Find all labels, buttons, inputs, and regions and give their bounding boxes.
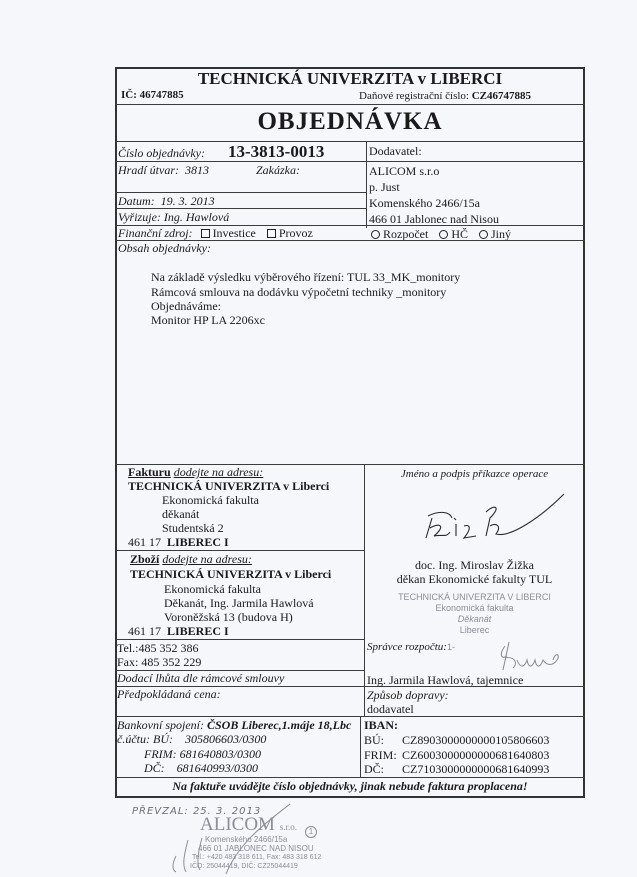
divider: [115, 161, 366, 162]
divider: [115, 104, 585, 105]
signature-hawlova-icon: [495, 640, 575, 675]
radio-hc[interactable]: [439, 230, 448, 239]
option-label: Investice: [213, 226, 256, 240]
goods-line: Děkanát, Ing. Jarmila Hawlová: [164, 596, 314, 610]
divider: [115, 192, 366, 193]
invoice-city: 461 17 LIBEREC I: [128, 535, 229, 549]
supplier-line: ALICOM s.r.o: [369, 164, 439, 178]
document-title: OBJEDNÁVKA: [115, 107, 585, 137]
signatory-name: doc. Ing. Miroslav Žižka: [364, 558, 585, 572]
receipt-signature-icon: [140, 800, 320, 877]
signatory-title: děkan Ekonomické fakulty TUL: [364, 572, 585, 586]
content-line: Na základě výsledku výběrového řízení: T…: [151, 270, 460, 284]
stamp-line: TECHNICKÁ UNIVERZITA V LIBERCI: [364, 592, 585, 603]
bank-account-row: FRIM: 681640803/0300: [144, 747, 261, 761]
bank-account-row: č.účtu: BÚ: 305806603/0300: [117, 732, 266, 746]
invoice-line: Studentská 2: [162, 521, 224, 535]
supplier-line: Komenského 2466/15a: [369, 196, 480, 210]
supplier-line: p. Just: [369, 180, 400, 194]
content-line: Objednáváme:: [151, 299, 221, 313]
footer-note: Na faktuře uvádějte číslo objednávky, ji…: [115, 779, 585, 793]
radio-rozpocet[interactable]: [371, 230, 380, 239]
iban-label: IBAN:: [364, 718, 398, 732]
invoice-line: Ekonomická fakulta: [162, 493, 259, 507]
order-number-value: 13-3813-0013: [228, 142, 324, 161]
option-label: Rozpočet: [383, 227, 428, 241]
transport-value: dodavatel: [367, 702, 414, 716]
option-label: Provoz: [279, 226, 313, 240]
contract-label: Zakázka:: [256, 163, 300, 177]
stamp-line: Ekonomická fakulta: [364, 603, 585, 614]
telephone: Tel.:485 352 386: [117, 641, 199, 655]
goods-org: TECHNICKÁ UNIVERZITA v Liberci: [130, 567, 331, 581]
option-label: Jiný: [491, 227, 511, 241]
registered-mark-icon: 1: [305, 826, 317, 838]
goods-address-label: Zboží dodejte na adresu:: [130, 552, 252, 566]
goods-line: Ekonomická fakulta: [164, 582, 261, 596]
tax-id-label: Daňové registrační číslo:: [359, 90, 469, 102]
radio-jiny[interactable]: [479, 230, 488, 239]
company-id: IČ: 46747885: [121, 88, 184, 102]
bank-account-row: DČ: 681640993/0300: [144, 761, 258, 775]
goods-city: 461 17 LIBEREC I: [128, 624, 229, 638]
divider: [366, 161, 585, 162]
divider: [115, 141, 585, 142]
budget-options-row: Rozpočet HČ Jiný: [369, 227, 511, 241]
iban-row: FRIM:CZ6003000000000681640803: [364, 748, 549, 762]
checkbox-investice[interactable]: [201, 229, 210, 238]
stamp-line: Liberec: [364, 625, 585, 636]
delivery-term: Dodací lhůta dle rámcové smlouvy: [117, 671, 284, 685]
divider: [115, 550, 364, 551]
bank-connection: Bankovní spojení: ČSOB Liberec,1.máje 18…: [117, 718, 351, 732]
order-number-label: Číslo objednávky:: [118, 146, 205, 160]
date: Datum: 19. 3. 2013: [118, 194, 215, 208]
tax-id-value: CZ46747885: [472, 90, 531, 102]
tax-id: Daňové registrační číslo: CZ46747885: [359, 89, 531, 103]
content-line: Rámcová smlouva na dodávku výpočetní tec…: [151, 285, 446, 299]
paying-unit: Hradí útvar: 3813: [118, 163, 209, 177]
divider: [360, 716, 361, 777]
iban-row: BÚ:CZ8903000000000105806603: [364, 733, 549, 747]
divider: [115, 777, 585, 778]
divider: [115, 639, 364, 640]
divider: [115, 208, 366, 209]
signature-zizka-icon: [420, 488, 570, 548]
transport-label: Způsob dopravy:: [367, 688, 449, 702]
divider: [366, 141, 367, 228]
content-label: Obsah objednávky:: [118, 241, 211, 255]
invoice-line: děkanát: [162, 507, 199, 521]
stamp-line: Děkanát: [364, 614, 585, 625]
invoice-org: TECHNICKÁ UNIVERZITA v Liberci: [128, 479, 329, 493]
checkbox-provoz[interactable]: [267, 229, 276, 238]
fax: Fax: 485 352 229: [117, 655, 201, 669]
university-name: TECHNICKÁ UNIVERZITA v LIBERCI: [115, 70, 585, 88]
invoice-address-label: Fakturu dodejte na adresu:: [128, 465, 263, 479]
finance-source-row: Finanční zdroj: Investice Provoz: [118, 226, 313, 240]
option-label: HČ: [451, 227, 468, 241]
content-line: Monitor HP LA 2206xc: [151, 313, 265, 327]
goods-line: Voroněžská 13 (budova H): [164, 610, 293, 624]
divider: [364, 464, 365, 716]
budget-manager-name: Ing. Jarmila Hawlová, tajemnice: [367, 673, 523, 687]
signatory-label: Jméno a podpis příkazce operace: [364, 467, 585, 481]
finance-label: Finanční zdroj:: [118, 226, 193, 240]
budget-manager-label: Správce rozpočtu:1-: [367, 640, 455, 654]
divider: [115, 716, 585, 717]
supplier-line: 466 01 Jablonec nad Nisou: [369, 212, 499, 226]
handler: Vyřizuje: Ing. Hawlová: [118, 210, 229, 224]
iban-row: DČ:CZ7103000000000681640993: [364, 762, 549, 776]
estimated-price-label: Předpokládaná cena:: [117, 687, 221, 701]
supplier-label: Dodavatel:: [369, 144, 422, 158]
